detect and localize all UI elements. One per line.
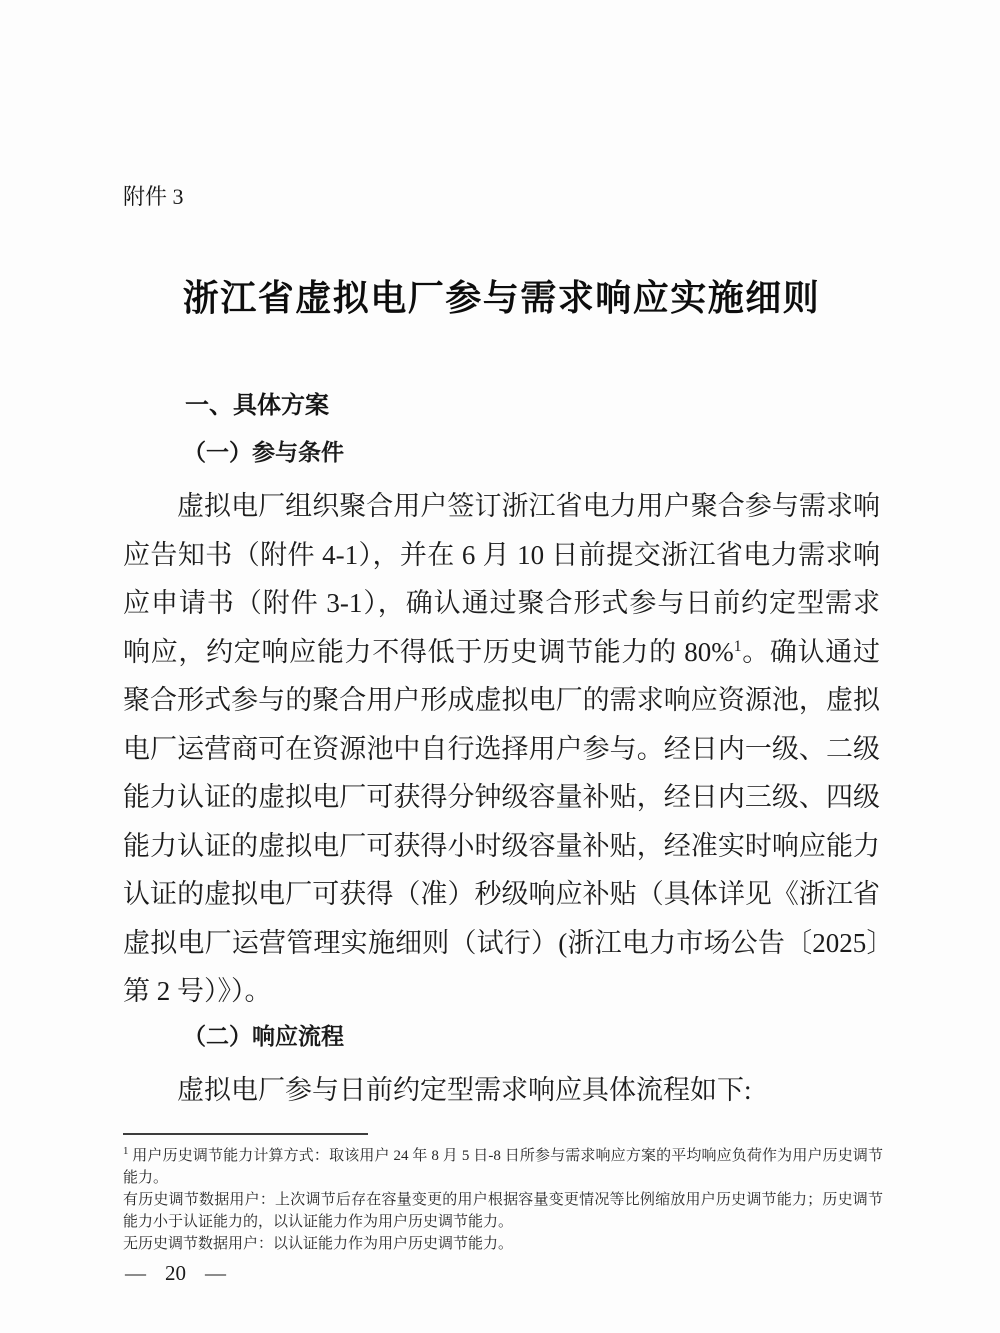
attachment-label: 附件 3 (123, 183, 880, 211)
document-page: 附件 3 浙江省虚拟电厂参与需求响应实施细则 一、具体方案 （一）参与条件 虚拟… (0, 0, 1000, 1333)
footnote-divider (123, 1133, 368, 1135)
page-number: — 20 — (125, 1261, 226, 1286)
paragraph-flow-intro: 虚拟电厂参与日前约定型需求响应具体流程如下: (123, 1066, 880, 1115)
page-number-value: 20 (165, 1261, 186, 1286)
subsection-heading-participation: （一）参与条件 (123, 438, 880, 468)
footnote-note-3: 无历史调节数据用户：以认证能力作为用户历史调节能力。 (123, 1233, 883, 1255)
paragraph-text-after-ref: 。确认通过聚合形式参与的聚合用户形成虚拟电厂的需求响应资源池，虚拟电厂运营商可在… (123, 637, 880, 1007)
footnote-note-1: 1 用户历史调节能力计算方式：取该用户 24 年 8 月 5 日-8 日所参与需… (123, 1145, 883, 1189)
document-title: 浙江省虚拟电厂参与需求响应实施细则 (123, 275, 880, 321)
footnote-note-2: 有历史调节数据用户：上次调节后存在容量变更的用户根据容量变更情况等比例缩放用户历… (123, 1189, 883, 1233)
footnote-area: 1 用户历史调节能力计算方式：取该用户 24 年 8 月 5 日-8 日所参与需… (123, 1133, 883, 1255)
footnote-text-1: 用户历史调节能力计算方式：取该用户 24 年 8 月 5 日-8 日所参与需求响… (123, 1148, 883, 1186)
footnote-ref-marker: 1 (734, 638, 742, 655)
footnote-marker-1: 1 (123, 1145, 128, 1157)
page-number-dash-left: — (125, 1261, 146, 1286)
page-number-dash-right: — (205, 1261, 226, 1286)
section-heading: 一、具体方案 (123, 391, 880, 421)
paragraph-participation: 虚拟电厂组织聚合用户签订浙江省电力用户聚合参与需求响应告知书（附件 4-1），并… (123, 482, 880, 1016)
subsection-heading-response-flow: （二）响应流程 (123, 1022, 880, 1052)
